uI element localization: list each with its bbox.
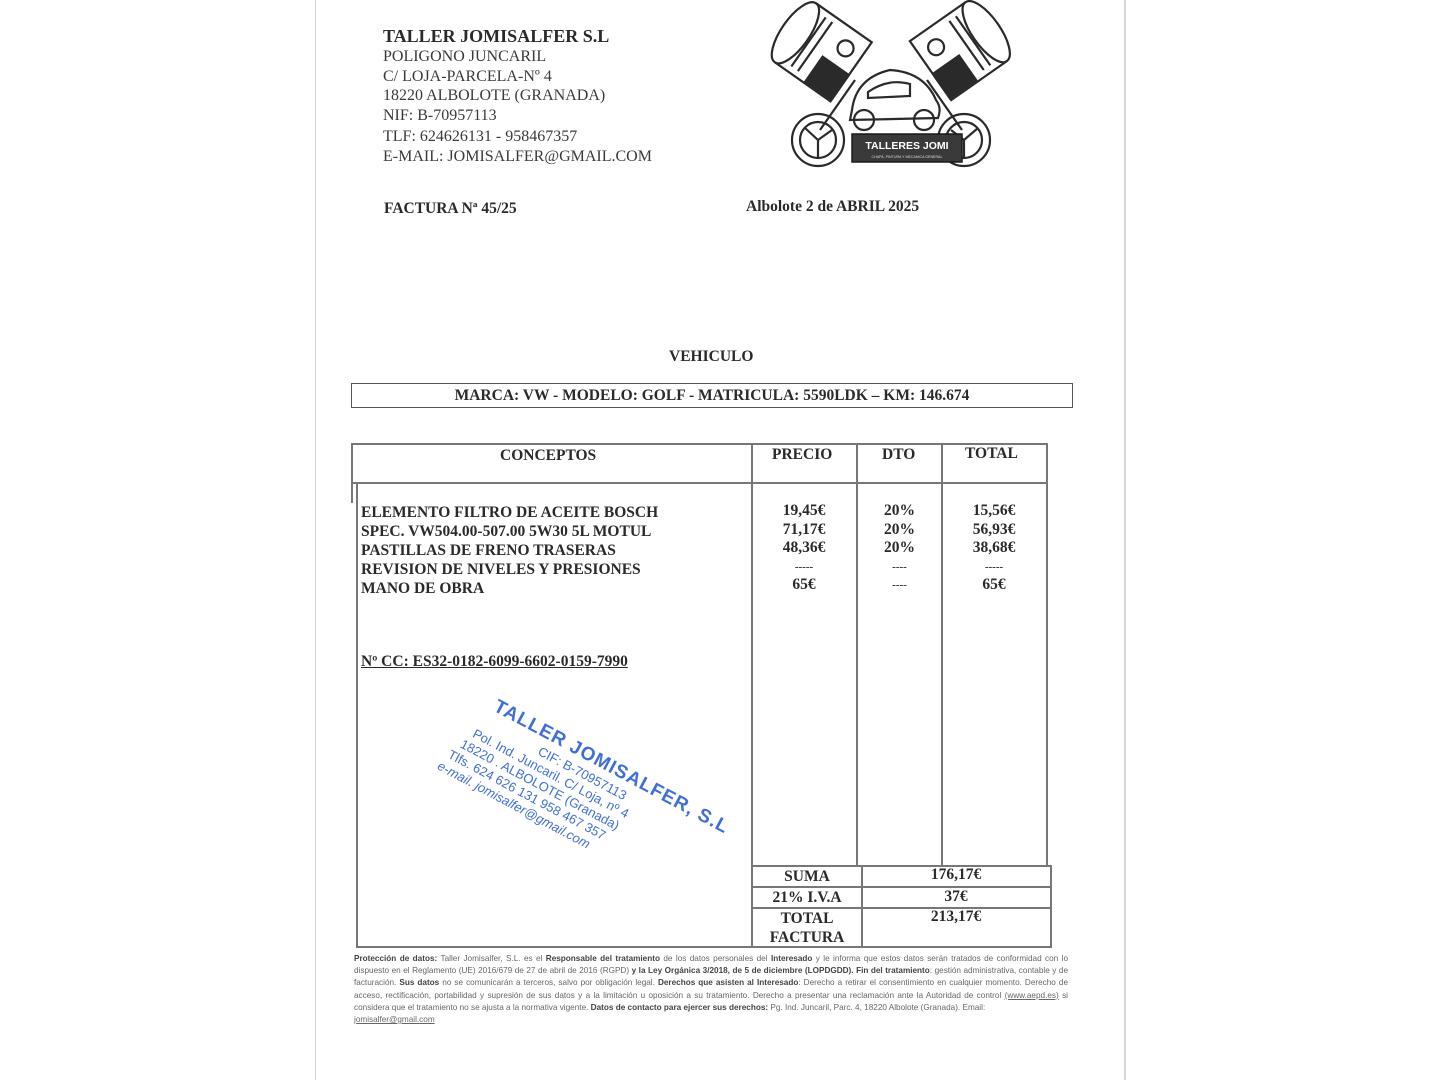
aepd-link[interactable]: (www.aepd.es): [1005, 991, 1059, 1000]
bank-account-number: Nº CC: ES32-0182-6099-6602-0159-7990: [361, 653, 628, 671]
column-header-price: PRECIO: [772, 446, 832, 464]
item-price: 71,17€: [752, 521, 856, 540]
contact-email-link[interactable]: jomisalfer@gmail.com: [354, 1015, 435, 1024]
legal-bold: Responsable del tratamiento: [546, 954, 660, 963]
invoice-number: FACTURA Nª 45/25: [384, 200, 517, 218]
pistons-beetle-car-logo-icon: TALLERES JOMI CHAPA, PINTURA Y MECANICA …: [760, 0, 1022, 182]
vat-value: 37€: [862, 888, 1050, 906]
price-column: 19,45€ 71,17€ 48,36€ ----- 65€: [752, 502, 856, 595]
subtotal-label: SUMA: [752, 867, 862, 886]
svg-text:CHAPA, PINTURA Y MECANICA GENE: CHAPA, PINTURA Y MECANICA GENERAL: [872, 155, 943, 159]
line-items-concepts: ELEMENTO FILTRO DE ACEITE BOSCH SPEC. VW…: [361, 503, 658, 598]
item-total: 15,56€: [942, 502, 1046, 521]
legal-bold: y la Ley Orgánica 3/2018, de 5 de diciem…: [632, 966, 930, 975]
item-price: 65€: [752, 576, 856, 595]
vehicle-details: MARCA: VW - MODELO: GOLF - MATRICULA: 55…: [351, 383, 1073, 408]
table-row: SPEC. VW504.00-507.00 5W30 5L MOTUL: [361, 522, 658, 541]
legal-bold: Sus datos: [399, 978, 439, 987]
item-discount: ----: [857, 576, 942, 595]
legal-text: no se comunicarán a terceros, salvo por …: [439, 978, 658, 987]
svg-text:TALLERES JOMI: TALLERES JOMI: [865, 140, 948, 152]
invoice-place-date: Albolote 2 de ABRIL 2025: [746, 198, 919, 216]
item-price: 48,36€: [752, 539, 856, 558]
legal-bold: Protección de datos:: [354, 954, 437, 963]
legal-text: Pg. Ind. Juncaril, Parc. 4, 18220 Albolo…: [768, 1003, 985, 1012]
data-protection-notice: Protección de datos: Taller Jomisalfer, …: [354, 953, 1068, 1026]
table-row: MANO DE OBRA: [361, 579, 658, 598]
table-row: PASTILLAS DE FRENO TRASERAS: [361, 541, 658, 560]
legal-bold: Datos de contacto para ejercer sus derec…: [591, 1003, 768, 1012]
item-total: 65€: [942, 576, 1046, 595]
company-phone: TLF: 624626131 - 958467357: [383, 127, 652, 147]
item-discount: 20%: [857, 502, 942, 521]
column-header-total: TOTAL: [965, 445, 1018, 463]
item-total: 38,68€: [942, 539, 1046, 558]
total-label-line: FACTURA: [752, 928, 862, 947]
total-label-line: TOTAL: [752, 909, 862, 928]
subtotal-value: 176,17€: [862, 866, 1050, 884]
total-column: 15,56€ 56,93€ 38,68€ ----- 65€: [942, 502, 1046, 595]
item-total: -----: [942, 558, 1046, 577]
company-email: E-MAIL: JOMISALFER@GMAIL.COM: [383, 147, 652, 167]
company-name: TALLER JOMISALFER S.L: [383, 25, 652, 47]
table-row: ELEMENTO FILTRO DE ACEITE BOSCH: [361, 503, 658, 522]
table-row: REVISION DE NIVELES Y PRESIONES: [361, 560, 658, 579]
item-price: 19,45€: [752, 502, 856, 521]
item-discount: 20%: [857, 521, 942, 540]
vehicle-title: VEHICULO: [669, 348, 753, 366]
column-header-concepts: CONCEPTOS: [500, 447, 596, 465]
company-info: TALLER JOMISALFER S.L POLIGONO JUNCARIL …: [383, 25, 652, 166]
total-invoice-value: 213,17€: [862, 908, 1050, 926]
item-discount: ----: [857, 558, 942, 577]
item-price: -----: [752, 558, 856, 577]
legal-bold: Derechos que asisten al Interesado: [658, 978, 798, 987]
discount-column: 20% 20% 20% ---- ----: [857, 502, 942, 595]
company-address-line: POLIGONO JUNCARIL: [383, 47, 652, 67]
item-total: 56,93€: [942, 521, 1046, 540]
vat-label: 21% I.V.A: [752, 888, 862, 907]
legal-text: de los datos personales del: [660, 954, 771, 963]
total-invoice-label: TOTAL FACTURA: [752, 909, 862, 947]
legal-bold: Interesado: [771, 954, 812, 963]
legal-text: Taller Jomisalfer, S.L. es el: [437, 954, 546, 963]
column-header-discount: DTO: [882, 446, 915, 464]
company-nif: NIF: B-70957113: [383, 106, 652, 126]
company-address-line: C/ LOJA-PARCELA-Nº 4: [383, 67, 652, 87]
company-address-line: 18220 ALBOLOTE (GRANADA): [383, 86, 652, 106]
item-discount: 20%: [857, 539, 942, 558]
